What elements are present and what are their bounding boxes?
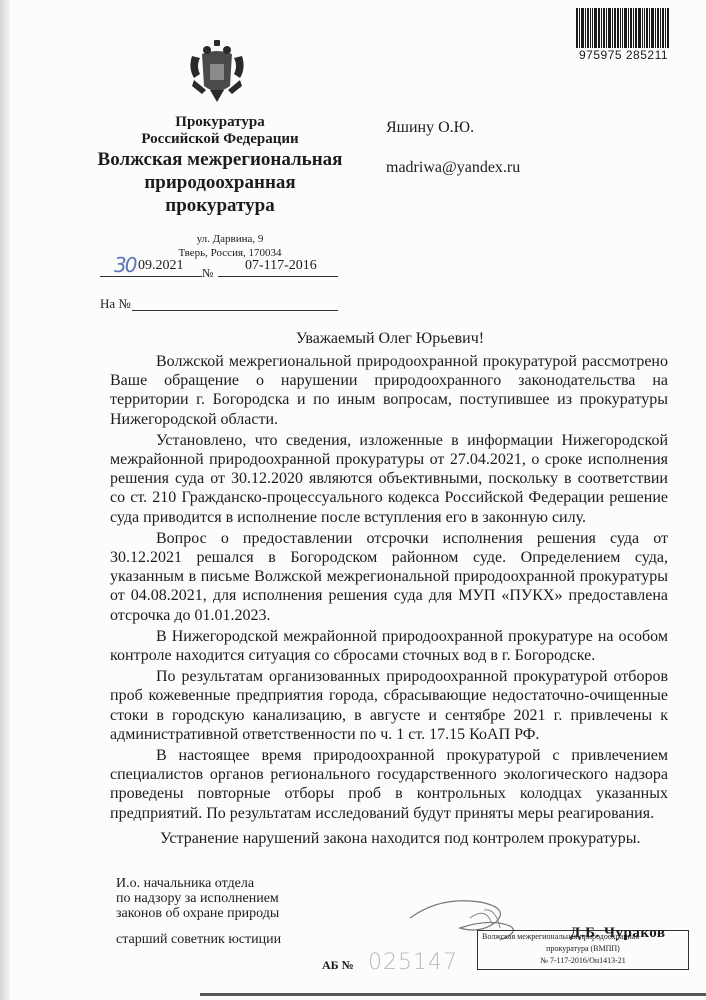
- address-street: ул. Дарвина, 9: [150, 232, 310, 246]
- stamp-line-3: № 7-117-2016/Он1413-21: [478, 955, 688, 967]
- number-underline: [218, 276, 338, 277]
- recipient-name: Яшину О.Ю.: [386, 118, 520, 138]
- barcode-number: 975975 285211: [578, 48, 669, 62]
- position-line-3: законов об охране природы: [116, 906, 279, 921]
- letter-body: Волжской межрегиональной природоохранной…: [110, 352, 668, 848]
- paragraph: В настоящее время природоохранной прокур…: [110, 746, 668, 823]
- paragraph: Вопрос о предоставлении отсрочки исполне…: [110, 529, 668, 625]
- form-serial-number: 025147: [368, 950, 458, 975]
- barcode-bars: [576, 8, 700, 48]
- paragraph: В Нижегородской межрайонной природоохран…: [110, 627, 668, 665]
- org-line-4: природоохранная: [80, 171, 360, 194]
- org-line-5: прокуратура: [80, 194, 360, 217]
- reply-reference-label: На №: [100, 296, 131, 312]
- position-line-2: по надзору за исполнением: [116, 891, 279, 906]
- signatory-rank: старший советник юстиции: [116, 932, 281, 948]
- signatory-position: И.о. начальника отдела по надзору за исп…: [116, 876, 279, 921]
- barcode: 975975 285211: [576, 8, 700, 60]
- closing-paragraph: Устранение нарушений закона находится по…: [110, 829, 668, 848]
- paragraph: Установлено, что сведения, изложенные в …: [110, 431, 668, 527]
- paragraph: Волжской межрегиональной природоохранной…: [110, 352, 668, 429]
- form-series-label: АБ №: [322, 958, 354, 973]
- stamp-line-2: прокуратура (ВМПП): [478, 943, 688, 955]
- letter-date: 09.2021: [138, 258, 184, 274]
- reply-reference-line: На №: [100, 296, 340, 314]
- org-line-3: Волжская межрегиональная: [80, 148, 360, 171]
- document-page: 975975 285211 Прокуратура Российской Фед…: [0, 0, 706, 1000]
- number-sign: №: [202, 266, 213, 281]
- handwritten-day: 30: [114, 253, 135, 277]
- date-number-line: 30 09.2021 07-117-2016 №: [100, 256, 340, 278]
- reply-reference-underline: [132, 310, 338, 311]
- registration-number: 07-117-2016: [245, 258, 317, 274]
- scan-edge-bottom: [200, 993, 706, 996]
- paragraph: По результатам организованных природоохр…: [110, 667, 668, 744]
- org-line-1: Прокуратура: [80, 114, 360, 131]
- recipient-email: madriwa@yandex.ru: [386, 158, 520, 178]
- organization-header: Прокуратура Российской Федерации Волжска…: [80, 114, 360, 217]
- scan-edge: [0, 0, 10, 1000]
- date-underline: [100, 276, 202, 277]
- recipient-block: Яшину О.Ю. madriwa@yandex.ru: [386, 118, 520, 178]
- signer-name: Д.Б. Чураков: [570, 925, 666, 942]
- position-line-1: И.о. начальника отдела: [116, 876, 279, 891]
- coat-of-arms-icon: [186, 38, 248, 104]
- salutation: Уважаемый Олег Юрьевич!: [100, 330, 680, 348]
- org-line-2: Российской Федерации: [80, 131, 360, 148]
